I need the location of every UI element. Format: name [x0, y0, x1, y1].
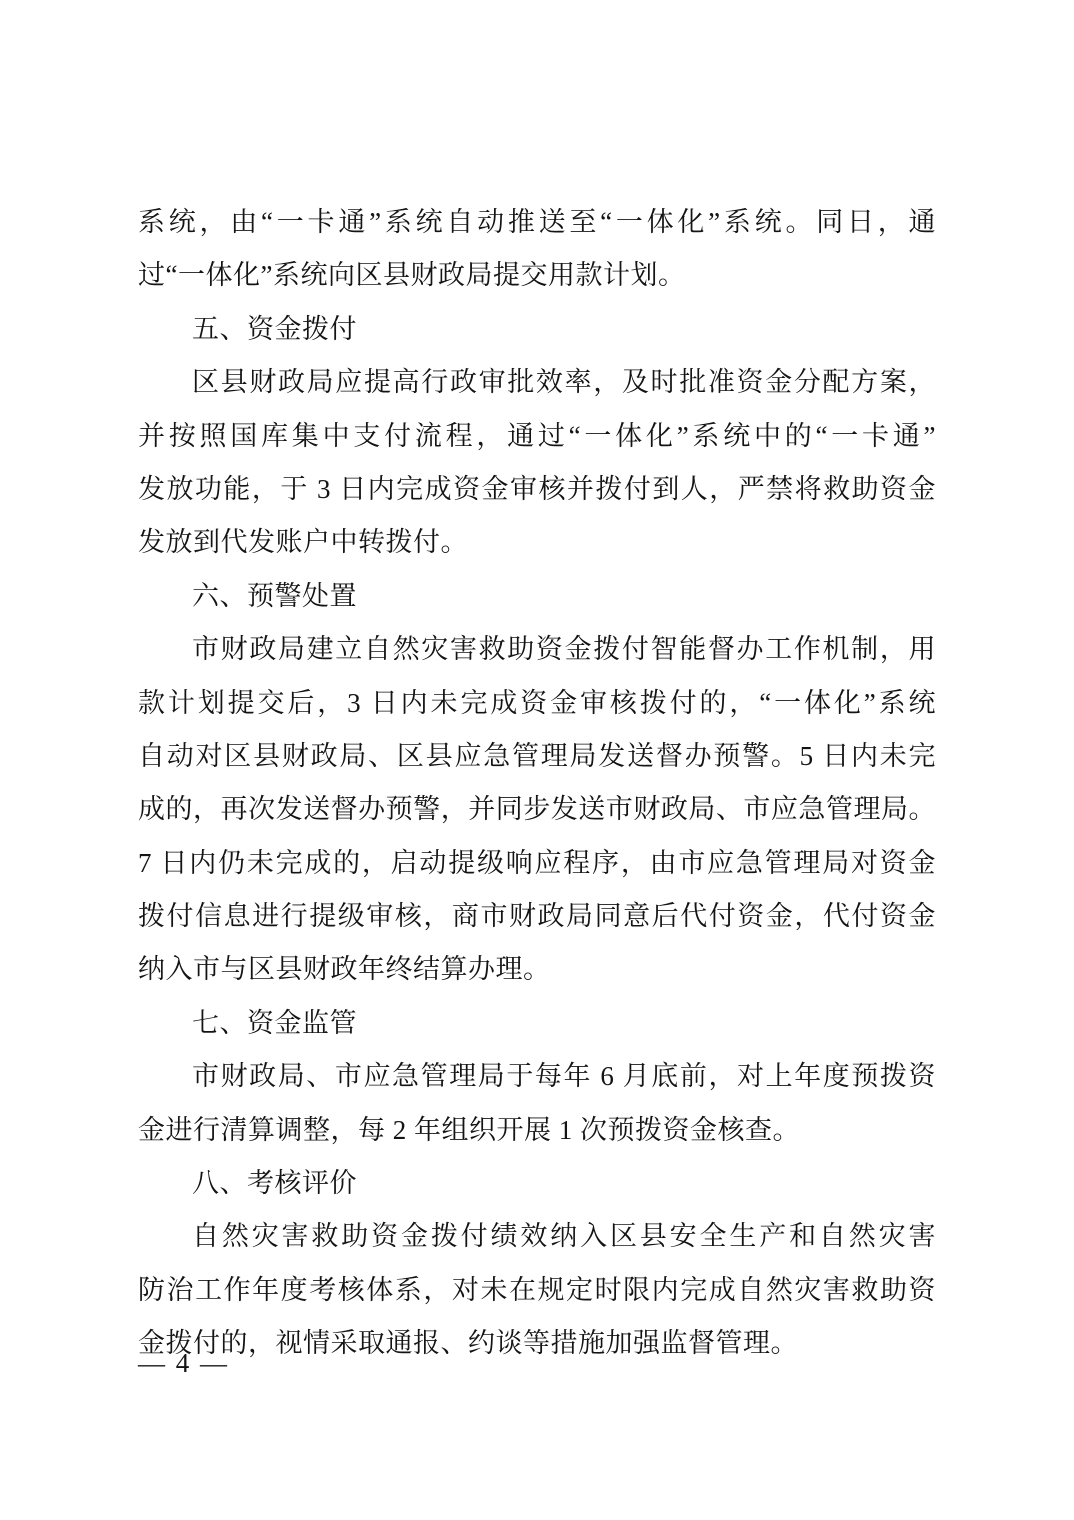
text-line: 7 日内仍未完成的，启动提级响应程序，由市应急管理局对资金: [138, 837, 936, 890]
text-line: 系统，由“一卡通”系统自动推送至“一体化”系统。同日，通: [138, 196, 936, 249]
text-line: 纳入市与区县财政年终结算办理。: [138, 943, 936, 996]
text-line: 款计划提交后，3 日内未完成资金审核拨付的，“一体化”系统: [138, 677, 936, 730]
text-line: 金进行清算调整，每 2 年组织开展 1 次预拨资金核查。: [138, 1104, 936, 1157]
text-line: 市财政局、市应急管理局于每年 6 月底前，对上年度预拨资: [138, 1050, 936, 1103]
text-line: 市财政局建立自然灾害救助资金拨付智能督办工作机制，用: [138, 623, 936, 676]
section-heading-funds-supervision: 七、资金监管: [138, 997, 936, 1050]
text-line: 发放到代发账户中转拨付。: [138, 516, 936, 569]
text-line: 自动对区县财政局、区县应急管理局发送督办预警。5 日内未完: [138, 730, 936, 783]
document-body: 系统，由“一卡通”系统自动推送至“一体化”系统。同日，通 过“一体化”系统向区县…: [138, 196, 936, 1371]
page-number: — 4 —: [138, 1346, 229, 1380]
document-page: 系统，由“一卡通”系统自动推送至“一体化”系统。同日，通 过“一体化”系统向区县…: [0, 0, 1074, 1520]
section-heading-assessment-evaluation: 八、考核评价: [138, 1157, 936, 1210]
text-line: 防治工作年度考核体系，对未在规定时限内完成自然灾害救助资: [138, 1264, 936, 1317]
text-line: 成的，再次发送督办预警，并同步发送市财政局、市应急管理局。: [138, 783, 936, 836]
text-line: 拨付信息进行提级审核，商市财政局同意后代付资金，代付资金: [138, 890, 936, 943]
text-line: 发放功能，于 3 日内完成资金审核并拨付到人，严禁将救助资金: [138, 463, 936, 516]
text-line: 区县财政局应提高行政审批效率，及时批准资金分配方案，: [138, 356, 936, 409]
section-heading-warning-handling: 六、预警处置: [138, 570, 936, 623]
section-heading-funds-disbursement: 五、资金拨付: [138, 303, 936, 356]
text-line: 自然灾害救助资金拨付绩效纳入区县安全生产和自然灾害: [138, 1210, 936, 1263]
text-line: 过“一体化”系统向区县财政局提交用款计划。: [138, 249, 936, 302]
text-line: 金拨付的，视情采取通报、约谈等措施加强监督管理。: [138, 1317, 936, 1370]
text-line: 并按照国库集中支付流程，通过“一体化”系统中的“一卡通”: [138, 410, 936, 463]
